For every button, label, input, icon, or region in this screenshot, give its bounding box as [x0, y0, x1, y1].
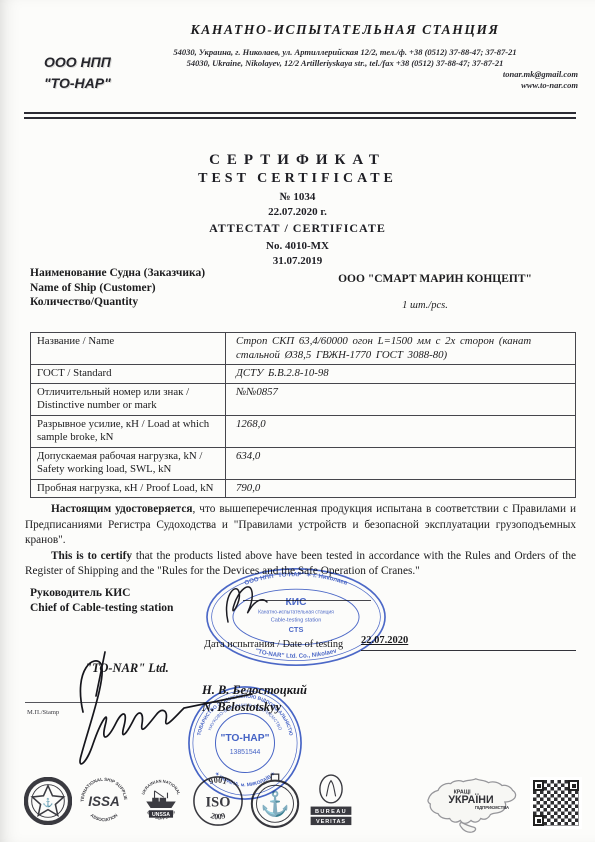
- issa-name: ISSA: [88, 794, 119, 809]
- row-label: Допускаемая рабочая нагрузка, kN / Safet…: [31, 447, 226, 479]
- website: www.to-nar.com: [112, 80, 578, 91]
- attestat-number: No. 4010-МХ: [0, 240, 595, 252]
- ship-label-ru: Наименование Судна (Заказчика): [30, 266, 205, 281]
- row-value: №№0857: [226, 383, 576, 415]
- chief-signature: [220, 578, 282, 630]
- star-anchor-logo-icon: ⚓: [24, 777, 72, 825]
- company-name-block: ООО НПП "ТО-НАР": [44, 52, 111, 94]
- company-name-line2: "ТО-НАР": [44, 73, 111, 94]
- certificate-title-en: TEST CERTIFICATE: [0, 171, 595, 187]
- row-label: Разрывное усилие, кН / Load at which sam…: [31, 415, 226, 447]
- unssa-logo-icon: UKRAINIAN NATIONAL SHIP SUPPLIERS UNSSA: [136, 775, 186, 827]
- qr-finder-bottom-left: [533, 815, 544, 826]
- ship-label: Наименование Судна (Заказчика) Name of S…: [30, 266, 205, 295]
- unssa-name: UNSSA: [152, 812, 170, 818]
- table-row: Название / Name Строп СКП 63,4/60000 ого…: [31, 333, 576, 365]
- chief-label-ru: Руководитель КИС: [30, 586, 173, 601]
- issa-ring-bottom: ASSOCIATION: [89, 813, 118, 823]
- header-divider: [24, 112, 576, 119]
- station-title: КАНАТНО-ИСПЫТАТЕЛЬНАЯ СТАНЦИЯ: [112, 22, 578, 38]
- chief-label-en: Chief of Cable-testing station: [30, 601, 173, 616]
- quantity-value: 1 шт./pcs.: [310, 300, 540, 311]
- row-value: 1268,0: [226, 415, 576, 447]
- svg-text:UKRAINIAN NATIONAL: UKRAINIAN NATIONAL: [140, 778, 181, 795]
- unssa-ring-top: UKRAINIAN NATIONAL: [140, 778, 181, 795]
- oval-stamp-kis: КИС: [286, 597, 308, 608]
- ukraine-text-bottom: ПІДПРИЄМСТВА: [475, 805, 509, 810]
- chief-name: Н. В. Белостоцкий N. Belostotskyy: [202, 682, 307, 716]
- company-name-line1: ООО НПП: [44, 52, 111, 73]
- qr-finder-top-right: [568, 780, 579, 791]
- row-label: ГОСТ / Standard: [31, 365, 226, 384]
- row-value: 634,0: [226, 447, 576, 479]
- qr-finder-top-left: [533, 780, 544, 791]
- bureau-veritas-logo-icon: BUREAU VERITAS: [306, 773, 356, 829]
- chief-label: Руководитель КИС Chief of Cable-testing …: [30, 586, 173, 616]
- bureau-line1: BUREAU: [315, 809, 347, 815]
- star-anchor-glyph: ⚓: [43, 797, 54, 807]
- table-row: Отличительный номер или знак / Distincti…: [31, 383, 576, 415]
- product-table: Название / Name Строп СКП 63,4/60000 ого…: [30, 332, 576, 498]
- certification-ru: Настоящим удостоверяется, что вышеперечи…: [25, 502, 576, 549]
- svg-text:ASSOCIATION: ASSOCIATION: [89, 813, 118, 823]
- header-center: КАНАТНО-ИСПЫТАТЕЛЬНАЯ СТАНЦИЯ 54030, Укр…: [112, 22, 578, 91]
- certificate-title-ru: СЕРТИФИКАТ: [0, 152, 595, 169]
- address-ru: 54030, Украина, г. Николаев, ул. Артилле…: [112, 47, 578, 58]
- address-block: 54030, Украина, г. Николаев, ул. Артилле…: [112, 47, 578, 91]
- table-row: Пробная нагрузка, кН / Proof Load, kN 79…: [31, 479, 576, 498]
- chief-name-en: N. Belostotskyy: [202, 699, 307, 716]
- certificate-number: № 1034: [0, 191, 595, 203]
- bureau-line2: VERITAS: [316, 819, 346, 825]
- iso-bottom-text: 2009: [209, 811, 226, 821]
- certificate-date: 22.07.2020 г.: [0, 206, 595, 218]
- table-row: ГОСТ / Standard ДСТУ Б.В.2.8-10-98: [31, 365, 576, 384]
- oval-stamp-cts: CTS: [289, 625, 304, 634]
- quantity-label: Количество/Quantity: [30, 296, 138, 308]
- table-row: Разрывное усилие, кН / Load at which sam…: [31, 415, 576, 447]
- certificate-title-block: СЕРТИФИКАТ TEST CERTIFICATE № 1034 22.07…: [0, 152, 595, 267]
- ukraine-map-icon: КРАЩІ УКРАЇНИ ПІДПРИЄМСТВА: [419, 772, 523, 834]
- certification-ru-lead: Настоящим удостоверяется: [51, 503, 193, 515]
- row-value: 790,0: [226, 479, 576, 498]
- table-row: Допускаемая рабочая нагрузка, kN / Safet…: [31, 447, 576, 479]
- row-label: Отличительный номер или знак / Distincti…: [31, 383, 226, 415]
- attestat-label: АТТЕСТАТ / CERTIFICATE: [0, 221, 595, 236]
- chief-name-ru: Н. В. Белостоцкий: [202, 682, 307, 699]
- row-label: Пробная нагрузка, кН / Proof Load, kN: [31, 479, 226, 498]
- test-certificate-page: ООО НПП "ТО-НАР" КАНАТНО-ИСПЫТАТЕЛЬНАЯ С…: [0, 0, 595, 842]
- ship-label-en: Name of Ship (Customer): [30, 281, 205, 296]
- qr-code-icon: [533, 780, 579, 826]
- email: tonar.mk@gmail.com: [112, 69, 578, 80]
- address-en: 54030, Ukraine, Nikolayev, 12/2 Artiller…: [112, 58, 578, 69]
- row-label: Название / Name: [31, 333, 226, 365]
- row-value: Строп СКП 63,4/60000 огон L=1500 мм с 2х…: [226, 333, 576, 365]
- row-value: ДСТУ Б.В.2.8-10-98: [226, 365, 576, 384]
- svg-text:2009: 2009: [209, 811, 226, 821]
- ship-name-value: ООО "СМАРТ МАРИН КОНЦЕПТ": [310, 273, 560, 285]
- certification-en-lead: This is to certify: [51, 550, 132, 562]
- issa-logo-icon: INTERNATIONAL SHIP SUPPLIERS ASSOCIATION…: [78, 775, 130, 827]
- right-logos-group: КРАЩІ УКРАЇНИ ПІДПРИЄМСТВА: [419, 772, 579, 834]
